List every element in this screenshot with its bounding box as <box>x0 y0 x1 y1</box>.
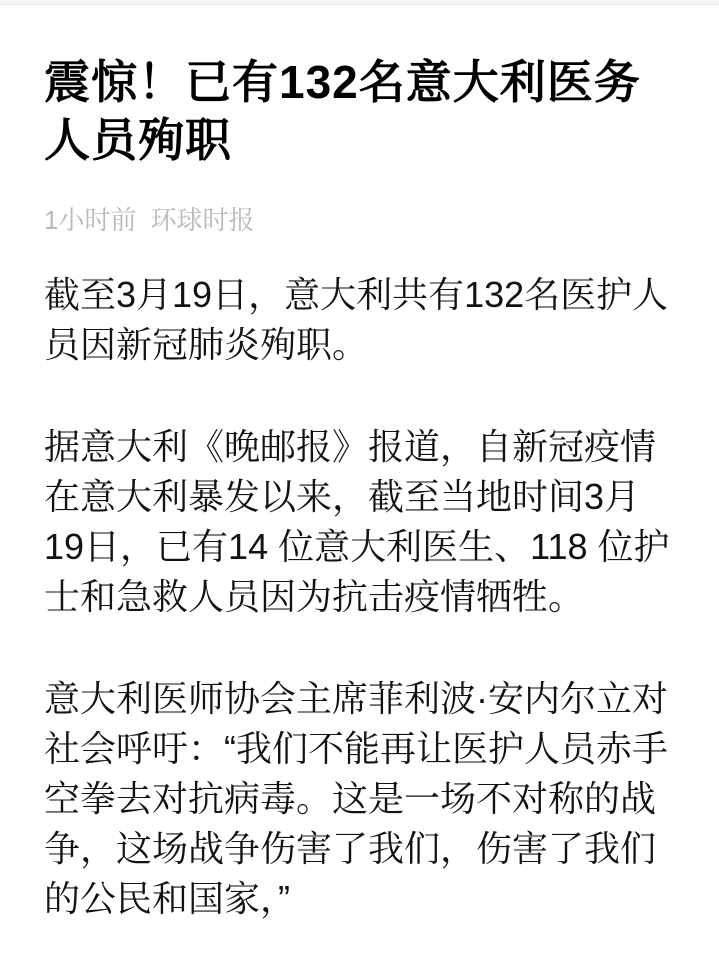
top-divider <box>0 0 719 5</box>
text-line: 员因新冠肺炎殉职。 <box>44 320 675 370</box>
article-title: 震惊！已有132名意大利医务 人员殉职 <box>44 53 675 169</box>
text-line: 士和急救人员因为抗击疫情牺牲。 <box>44 572 675 622</box>
text-line: 争，这场战争伤害了我们，伤害了我们 <box>44 824 675 874</box>
text-line: 空拳去对抗病毒。这是一场不对称的战 <box>44 774 675 824</box>
paragraph: 意大利医师协会主席菲利波·安内尔立对 社会呼吁：“我们不能再让医护人员赤手 空拳… <box>44 674 675 924</box>
text-line: 截至3月19日，意大利共有132名医护人 <box>44 270 675 320</box>
article-title-line: 震惊！已有132名意大利医务 <box>44 53 675 111</box>
text-line: 在意大利暴发以来，截至当地时间3月 <box>44 472 675 522</box>
text-line: 据意大利《晚邮报》报道，自新冠疫情 <box>44 422 675 472</box>
text-line: 的公民和国家，” <box>44 874 675 924</box>
paragraph: 截至3月19日，意大利共有132名医护人 员因新冠肺炎殉职。 <box>44 270 675 370</box>
text-line: 19日，已有14 位意大利医生、118 位护 <box>44 522 675 572</box>
source-name: 环球时报 <box>150 206 254 234</box>
publish-time: 1小时前 <box>44 206 136 234</box>
article-title-line: 人员殉职 <box>44 111 675 169</box>
text-line: 社会呼吁：“我们不能再让医护人员赤手 <box>44 724 675 774</box>
article-body: 震惊！已有132名意大利医务 人员殉职 1小时前 环球时报 截至3月19日，意大… <box>0 53 719 924</box>
text-line: 意大利医师协会主席菲利波·安内尔立对 <box>44 674 675 724</box>
paragraph: 据意大利《晚邮报》报道，自新冠疫情 在意大利暴发以来，截至当地时间3月 19日，… <box>44 422 675 622</box>
article-meta: 1小时前 环球时报 <box>44 206 675 234</box>
